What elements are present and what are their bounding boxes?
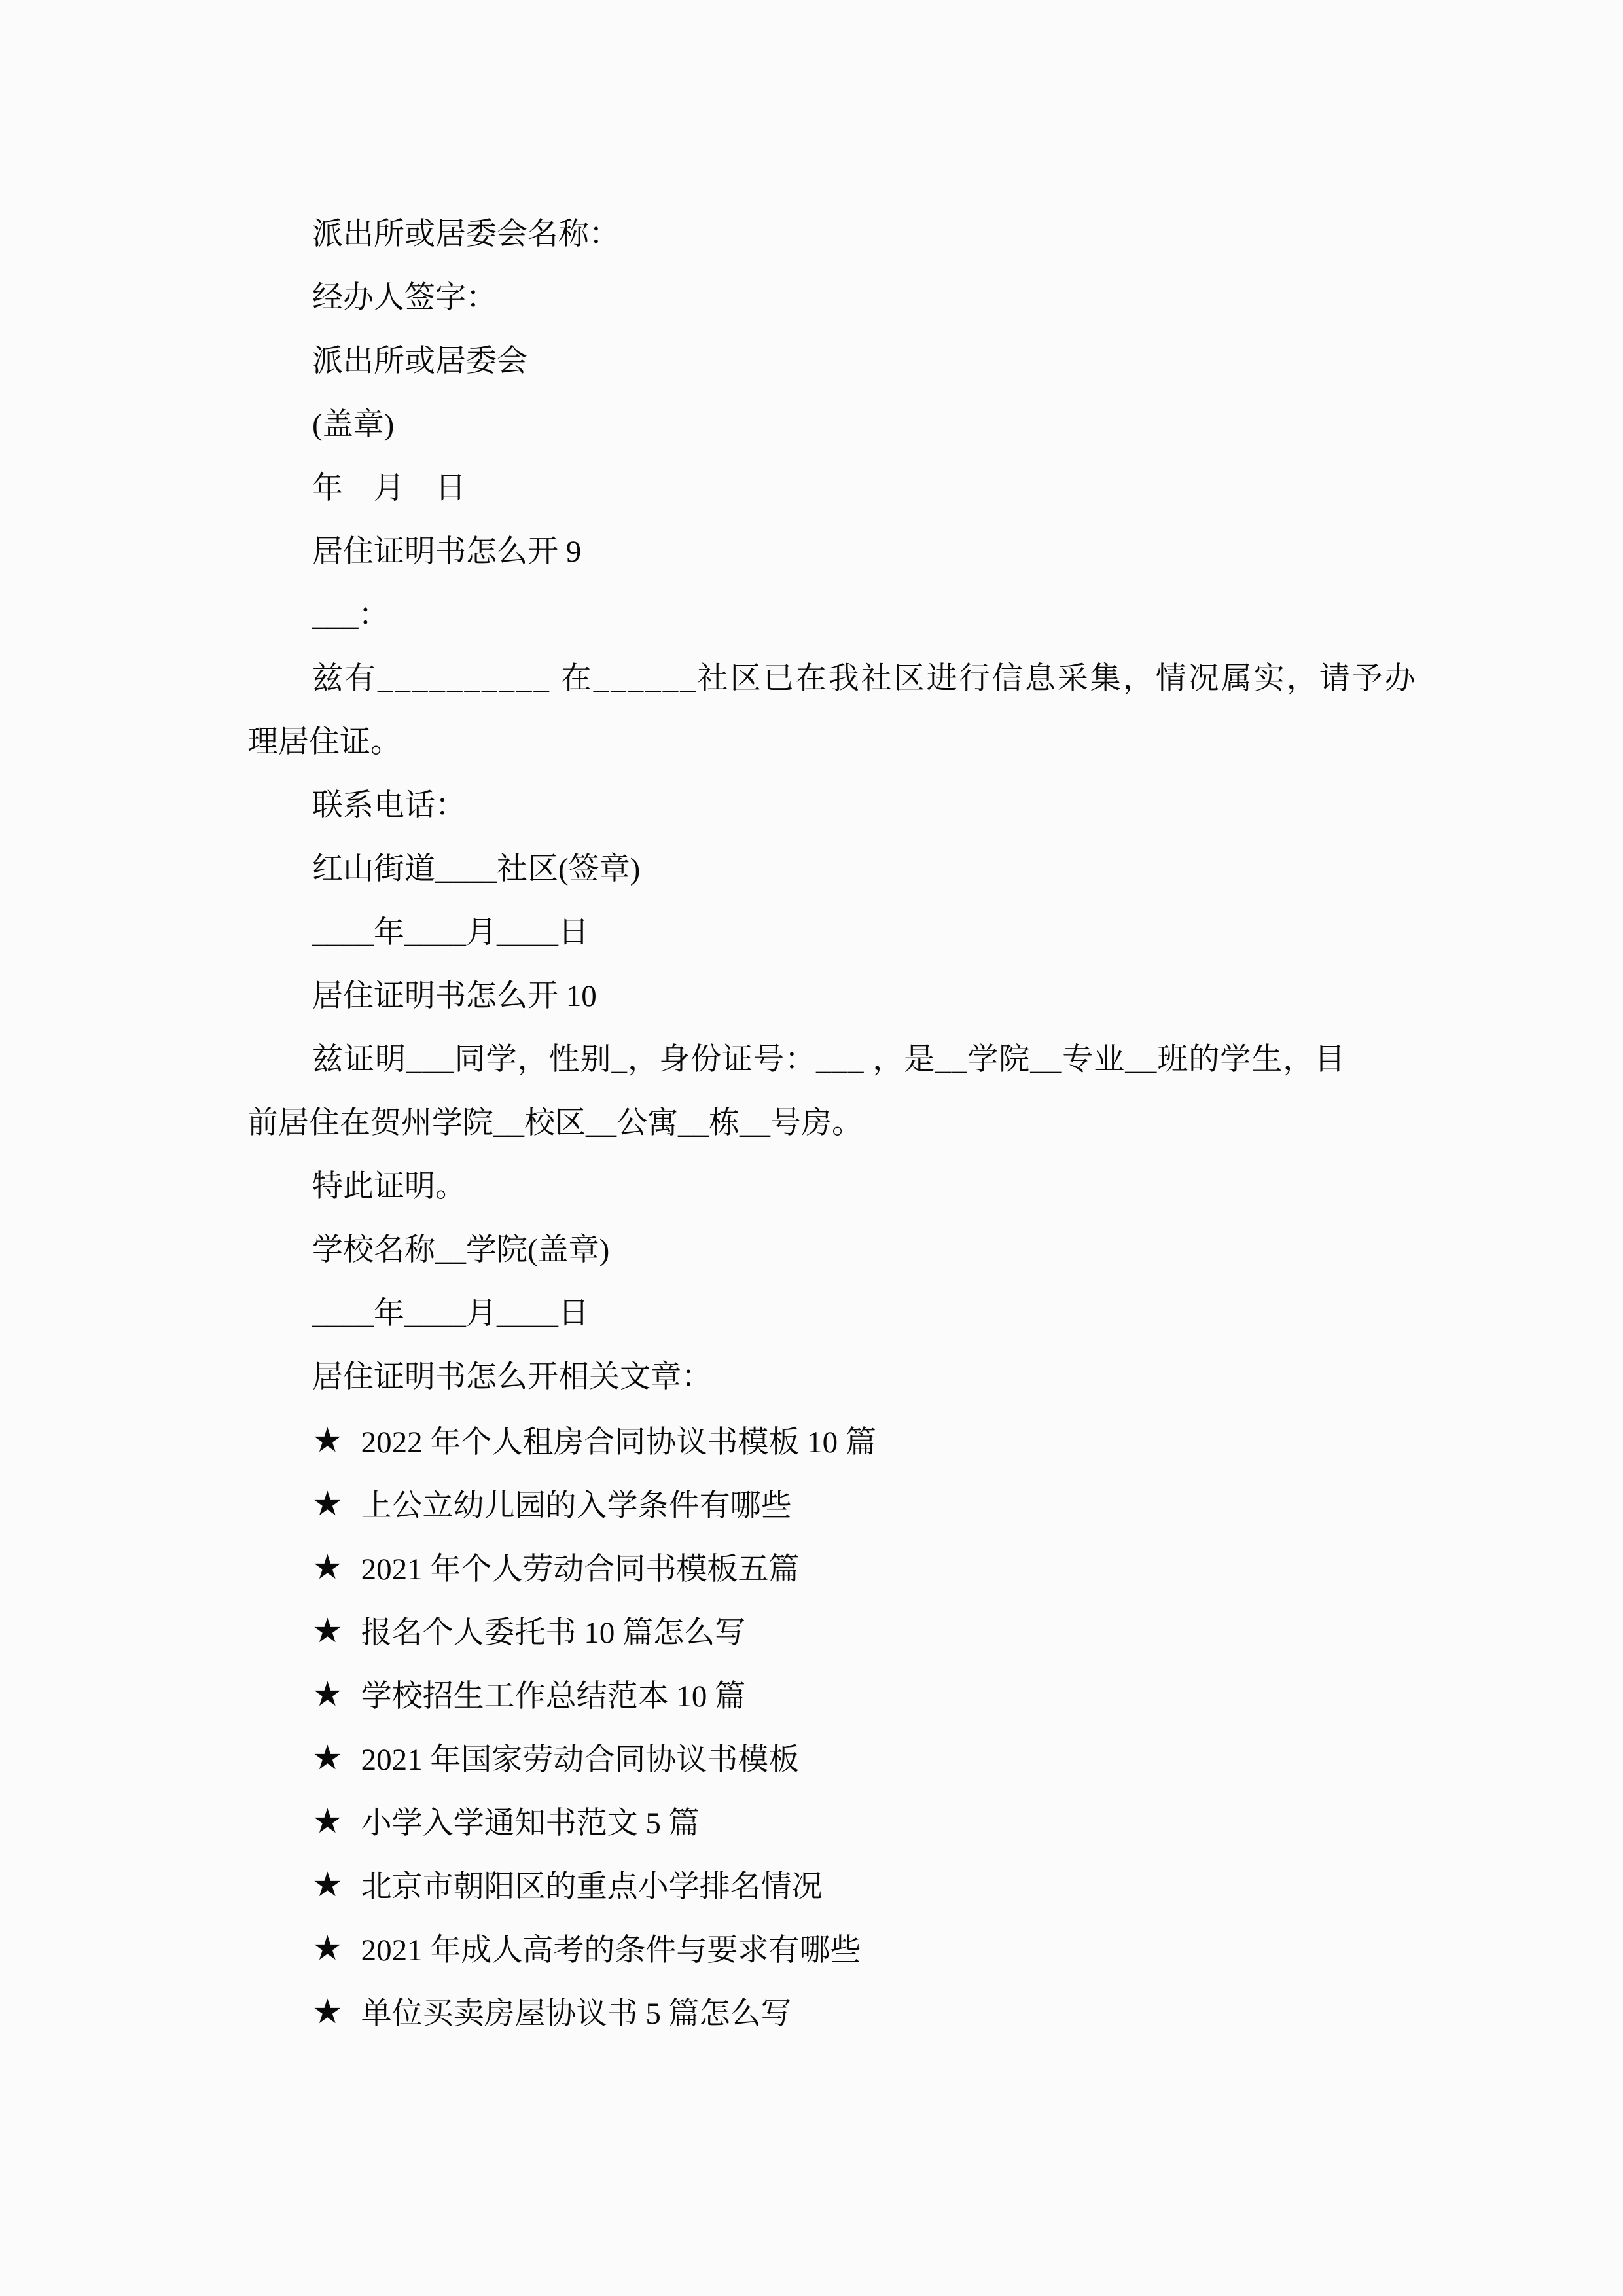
section-heading: 居住证明书怎么开 10 bbox=[247, 965, 1386, 1028]
text-line: ____年____月____日 bbox=[247, 1282, 1386, 1346]
section-heading: 居住证明书怎么开相关文章： bbox=[247, 1346, 1386, 1409]
text-line: 经办人签字： bbox=[247, 266, 1386, 330]
text-line: 兹有__________ 在______社区已在我社区进行信息采集，情况属实，请… bbox=[247, 647, 1386, 711]
star-icon: ★ bbox=[312, 1865, 343, 1905]
document-page: 派出所或居委会名称： 经办人签字： 派出所或居委会 (盖章) 年 月 日 居住证… bbox=[247, 203, 1386, 2044]
text-line: ____年____月____日 bbox=[247, 901, 1386, 965]
related-article-item: ★单位买卖房屋协议书 5 篇怎么写 bbox=[247, 1981, 1386, 2044]
text-line: 前居住在贺州学院__校区__公寓__栋__号房。 bbox=[247, 1092, 1386, 1155]
text-line: (盖章) bbox=[247, 393, 1386, 457]
text-line: 兹证明___同学，性别_，身份证号：___ ，是__学院__专业__班的学生，目 bbox=[247, 1028, 1386, 1092]
related-article-item: ★北京市朝阳区的重点小学排名情况 bbox=[247, 1854, 1386, 1917]
related-article-label: 上公立幼儿园的入学条件有哪些 bbox=[361, 1489, 792, 1523]
related-article-item: ★学校招生工作总结范本 10 篇 bbox=[247, 1663, 1386, 1727]
text-line: 联系电话： bbox=[247, 774, 1386, 838]
star-icon: ★ bbox=[312, 1548, 343, 1587]
section-heading: 居住证明书怎么开 9 bbox=[247, 520, 1386, 584]
text-line: ___： bbox=[247, 584, 1386, 647]
related-article-item: ★2022 年个人租房合同协议书模板 10 篇 bbox=[247, 1409, 1386, 1473]
related-article-item: ★小学入学通知书范文 5 篇 bbox=[247, 1790, 1386, 1854]
related-article-label: 报名个人委托书 10 篇怎么写 bbox=[361, 1616, 746, 1650]
related-article-item: ★2021 年国家劳动合同协议书模板 bbox=[247, 1727, 1386, 1790]
text-line: 派出所或居委会名称： bbox=[247, 203, 1386, 266]
text-line: 年 月 日 bbox=[247, 457, 1386, 520]
related-article-item: ★报名个人委托书 10 篇怎么写 bbox=[247, 1600, 1386, 1663]
related-article-label: 2021 年个人劳动合同书模板五篇 bbox=[361, 1552, 800, 1587]
text-line: 学校名称__学院(盖章) bbox=[247, 1219, 1386, 1282]
text-line: 红山街道____社区(签章) bbox=[247, 838, 1386, 901]
related-article-item: ★2021 年个人劳动合同书模板五篇 bbox=[247, 1536, 1386, 1600]
star-icon: ★ bbox=[312, 1421, 343, 1460]
star-icon: ★ bbox=[312, 1992, 343, 2032]
related-article-item: ★上公立幼儿园的入学条件有哪些 bbox=[247, 1473, 1386, 1536]
related-article-item: ★2021 年成人高考的条件与要求有哪些 bbox=[247, 1917, 1386, 1981]
related-article-label: 小学入学通知书范文 5 篇 bbox=[361, 1806, 700, 1840]
related-article-label: 2022 年个人租房合同协议书模板 10 篇 bbox=[361, 1426, 876, 1460]
star-icon: ★ bbox=[312, 1675, 343, 1714]
star-icon: ★ bbox=[312, 1738, 343, 1778]
related-article-label: 2021 年国家劳动合同协议书模板 bbox=[361, 1743, 800, 1777]
star-icon: ★ bbox=[312, 1929, 343, 1968]
related-article-label: 北京市朝阳区的重点小学排名情况 bbox=[361, 1870, 823, 1904]
star-icon: ★ bbox=[312, 1802, 343, 1841]
text-line: 派出所或居委会 bbox=[247, 330, 1386, 393]
text-line: 特此证明。 bbox=[247, 1155, 1386, 1219]
star-icon: ★ bbox=[312, 1611, 343, 1651]
related-article-label: 单位买卖房屋协议书 5 篇怎么写 bbox=[361, 1997, 792, 2031]
related-article-label: 2021 年成人高考的条件与要求有哪些 bbox=[361, 1933, 861, 1967]
text-line: 理居住证。 bbox=[247, 711, 1386, 774]
related-article-label: 学校招生工作总结范本 10 篇 bbox=[361, 1679, 746, 1713]
star-icon: ★ bbox=[312, 1484, 343, 1524]
